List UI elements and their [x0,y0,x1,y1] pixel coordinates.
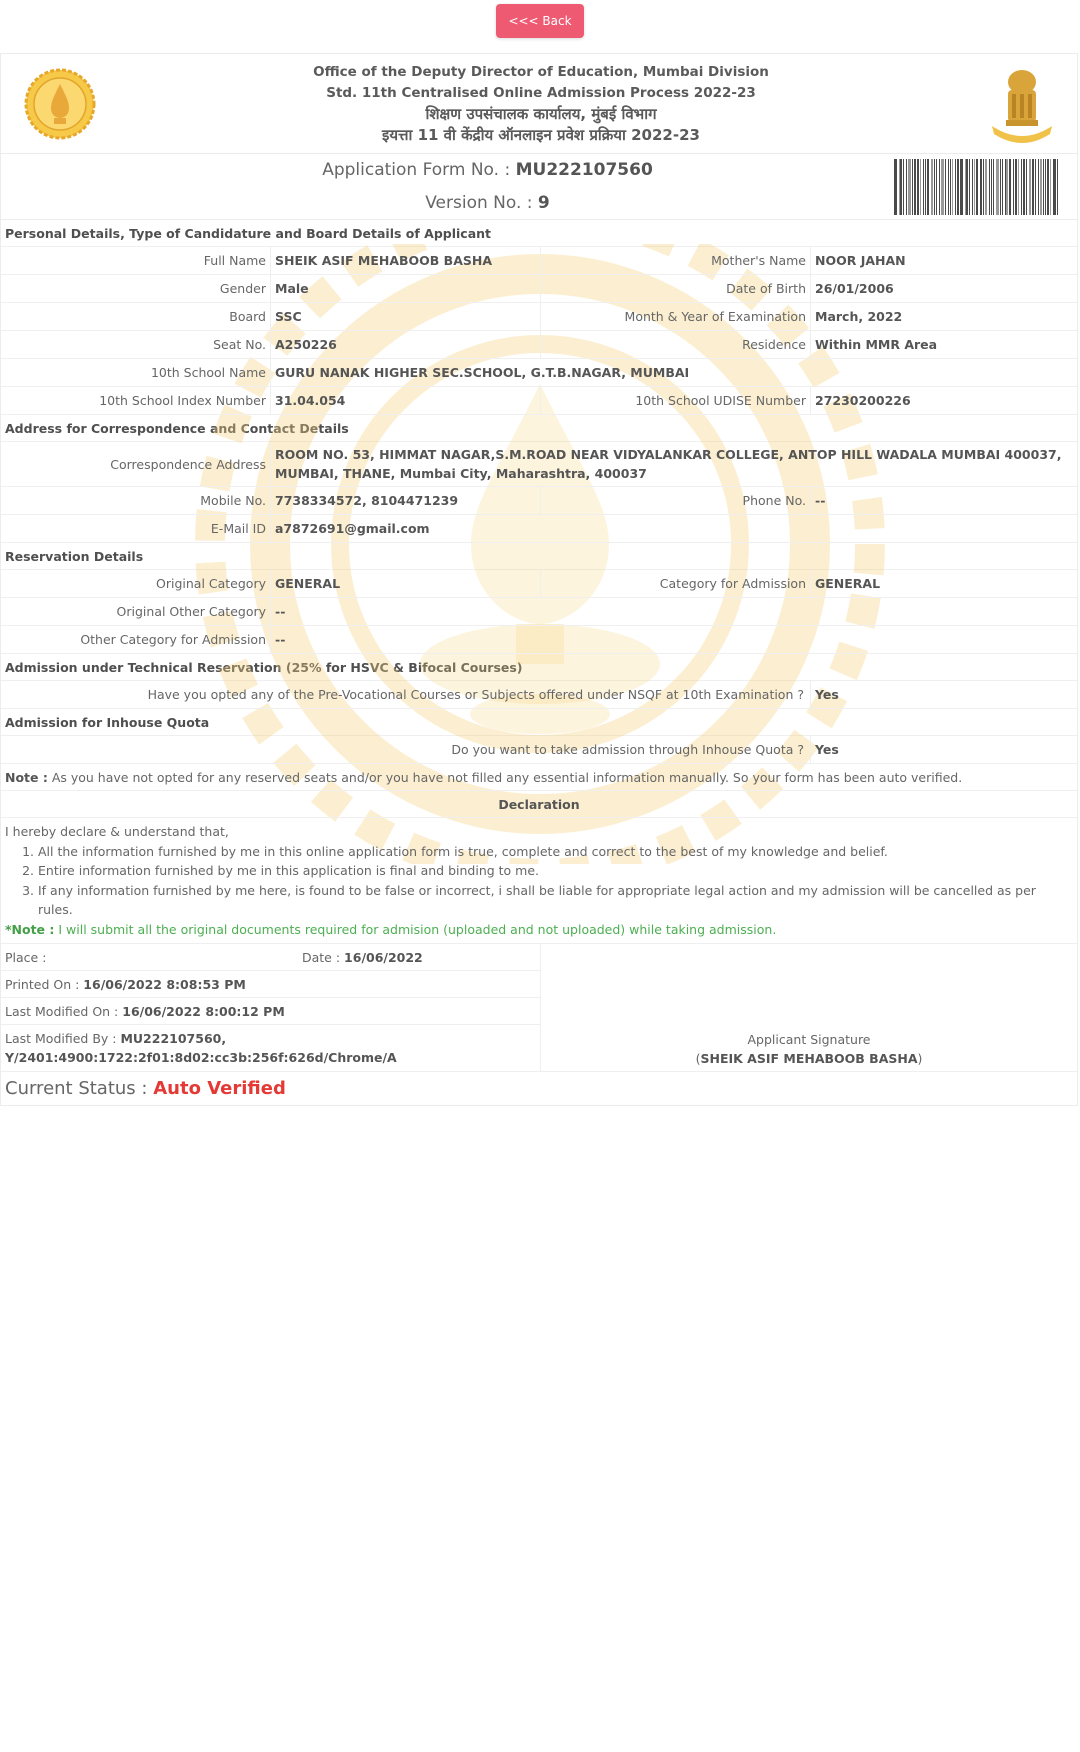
modified-on-label: Last Modified On : [5,998,118,1024]
original-other-category-value: -- [271,598,1077,625]
residence-value: Within MMR Area [811,331,1077,358]
table-row: 10th School Index Number 31.04.054 10th … [1,387,1077,415]
printed-label: Printed On : [5,971,79,997]
application-form: Office of the Deputy Director of Educati… [0,53,1078,1106]
nsqf-answer: Yes [811,681,1077,708]
email-value: a7872691@gmail.com [271,515,1077,542]
mobile-label: Mobile No. [1,487,271,514]
back-bar: <<< Back [0,0,1080,53]
status-label: Current Status : [5,1078,147,1099]
current-status: Current Status : Auto Verified [1,1072,1077,1105]
section-contact-details: Address for Correspondence and Contact D… [1,415,1077,442]
table-row: Correspondence Address ROOM NO. 53, HIMM… [1,442,1077,487]
table-row: Other Category for Admission -- [1,626,1077,654]
signature-block: Applicant Signature (SHEIK ASIF MEHABOOB… [541,944,1077,1071]
auto-verify-note: Note : As you have not opted for any res… [1,764,1077,791]
residence-label: Residence [541,331,811,358]
header-line-1: Office of the Deputy Director of Educati… [105,62,977,83]
other-admission-category-label: Other Category for Admission [1,626,271,653]
full-name-label: Full Name [1,247,271,274]
school-name-label: 10th School Name [1,359,271,386]
signature-label: Applicant Signature [748,1030,871,1049]
modified-on-row: Last Modified On : 16/06/2022 8:00:12 PM [1,998,540,1025]
nsqf-question: Have you opted any of the Pre-Vocational… [1,681,811,708]
declaration-item: All the information furnished by me in t… [38,842,1073,862]
admission-category-label: Category for Admission [541,570,811,597]
section-technical-reservation: Admission under Technical Reservation (2… [1,654,1077,681]
section-personal-details: Personal Details, Type of Candidature an… [1,220,1077,247]
dob-value: 26/01/2006 [811,275,1077,302]
school-index-value: 31.04.054 [271,387,541,414]
table-row: Original Category GENERAL Category for A… [1,570,1077,598]
dob-label: Date of Birth [541,275,811,302]
declaration-title: Declaration [1,791,1077,818]
section-inhouse-quota: Admission for Inhouse Quota [1,709,1077,736]
maharashtra-seal-icon [15,54,105,154]
exam-value: March, 2022 [811,303,1077,330]
phone-value: -- [811,487,1077,514]
declaration-item: If any information furnished by me here,… [38,881,1073,920]
modified-on-value: 16/06/2022 8:00:12 PM [122,998,285,1024]
documents-note: *Note : I will submit all the original d… [5,920,1073,940]
table-row: Mobile No. 7738334572, 8104471239 Phone … [1,487,1077,515]
email-label: E-Mail ID [1,515,271,542]
table-row: Gender Male Date of Birth 26/01/2006 [1,275,1077,303]
version-value: 9 [538,193,550,213]
address-label: Correspondence Address [1,442,271,486]
form-header: Office of the Deputy Director of Educati… [1,54,1077,154]
application-info: Application Form No. : MU222107560 Versi… [1,154,894,219]
school-index-label: 10th School Index Number [1,387,271,414]
declaration-item: Entire information furnished by me in th… [38,861,1073,881]
udise-value: 27230200226 [811,387,1077,414]
seat-label: Seat No. [1,331,271,358]
table-row: 10th School Name GURU NANAK HIGHER SEC.S… [1,359,1077,387]
inhouse-answer: Yes [811,736,1077,763]
modified-by-value: MU222107560, [120,1031,226,1046]
header-line-2: Std. 11th Centralised Online Admission P… [105,83,977,104]
form-number: Application Form No. : MU222107560 [81,154,894,187]
mobile-value: 7738334572, 8104471239 [271,487,541,514]
table-row: E-Mail ID a7872691@gmail.com [1,515,1077,543]
footer-block: Place : Date : 16/06/2022 Printed On : 1… [1,944,1077,1072]
school-name-value: GURU NANAK HIGHER SEC.SCHOOL, G.T.B.NAGA… [271,359,1077,386]
declaration-body: I hereby declare & understand that, All … [1,818,1077,944]
printed-on-row: Printed On : 16/06/2022 8:08:53 PM [1,971,540,998]
signature-name: SHEIK ASIF MEHABOOB BASHA [700,1051,917,1066]
inhouse-question: Do you want to take admission through In… [1,736,811,763]
version-label: Version No. : [425,193,532,213]
original-category-label: Original Category [1,570,271,597]
note-text: As you have not opted for any reserved s… [48,770,962,785]
other-admission-category-value: -- [271,626,1077,653]
gender-value: Male [271,275,541,302]
header-line-4: इयत्ता 11 वी केंद्रीय ऑनलाइन प्रवेश प्रक… [105,125,977,146]
note-label: Note : [5,770,48,785]
table-row: Full Name SHEIK ASIF MEHABOOB BASHA Moth… [1,247,1077,275]
original-category-value: GENERAL [271,570,541,597]
seat-value: A250226 [271,331,541,358]
date-value: 16/06/2022 [344,950,423,965]
full-name-value: SHEIK ASIF MEHABOOB BASHA [271,247,541,274]
printed-value: 16/06/2022 8:08:53 PM [83,971,246,997]
form-number-label: Application Form No. : [322,160,510,180]
documents-note-text: I will submit all the original documents… [54,922,776,937]
date-field: Date : 16/06/2022 [302,944,423,970]
declaration-intro: I hereby declare & understand that, [5,822,1073,842]
back-button[interactable]: <<< Back [496,4,583,38]
place-date-row: Place : Date : 16/06/2022 [1,944,540,971]
admission-category-value: GENERAL [811,570,1077,597]
version-number: Version No. : 9 [81,187,894,220]
barcode-icon [894,159,1059,215]
modified-by-device: Y/2401:4900:1722:2f01:8d02:cc3b:256f:626… [5,1050,397,1065]
mother-name-label: Mother's Name [541,247,811,274]
udise-label: 10th School UDISE Number [541,387,811,414]
table-row: Board SSC Month & Year of Examination Ma… [1,303,1077,331]
gender-label: Gender [1,275,271,302]
section-reservation-details: Reservation Details [1,543,1077,570]
header-line-3: शिक्षण उपसंचालक कार्यालय, मुंबई विभाग [105,104,977,125]
footer-info: Place : Date : 16/06/2022 Printed On : 1… [1,944,541,1071]
form-number-value: MU222107560 [516,160,653,180]
modified-by-label: Last Modified By : [5,1031,116,1046]
documents-note-label: *Note : [5,922,54,937]
original-other-category-label: Original Other Category [1,598,271,625]
modified-by-row: Last Modified By : MU222107560, Y/2401:4… [1,1025,540,1071]
phone-label: Phone No. [541,487,811,514]
place-label: Place : [5,944,302,970]
table-row: Do you want to take admission through In… [1,736,1077,764]
board-label: Board [1,303,271,330]
table-row: Seat No. A250226 Residence Within MMR Ar… [1,331,1077,359]
header-title: Office of the Deputy Director of Educati… [105,62,977,146]
declaration-list: All the information furnished by me in t… [5,842,1073,920]
exam-label: Month & Year of Examination [541,303,811,330]
ashoka-emblem-icon [977,54,1067,154]
date-label: Date : [302,950,340,965]
application-number-block: Application Form No. : MU222107560 Versi… [1,154,1077,220]
address-value: ROOM NO. 53, HIMMAT NAGAR,S.M.ROAD NEAR … [271,442,1077,486]
board-value: SSC [271,303,541,330]
table-row: Original Other Category -- [1,598,1077,626]
mother-name-value: NOOR JAHAN [811,247,1077,274]
signature-name-wrap: (SHEIK ASIF MEHABOOB BASHA) [696,1049,923,1068]
table-row: Have you opted any of the Pre-Vocational… [1,681,1077,709]
status-badge: Auto Verified [153,1078,286,1099]
